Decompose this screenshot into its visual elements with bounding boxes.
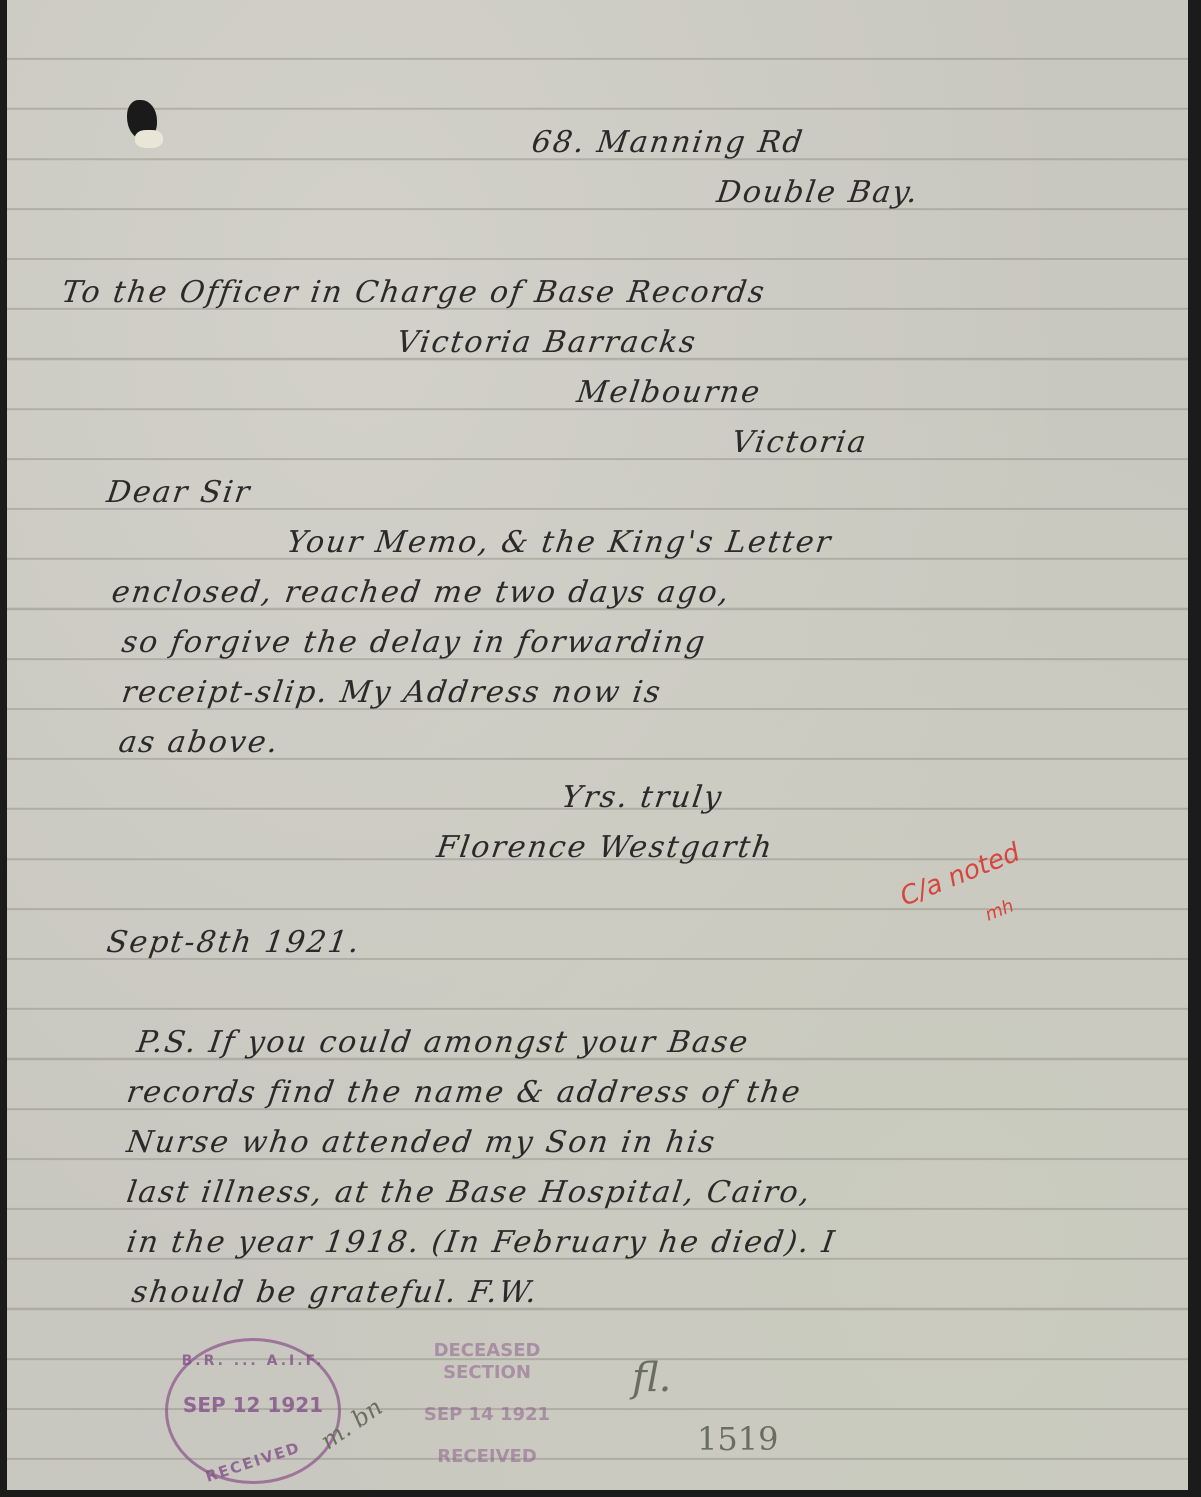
postscript-line: should be grateful. F.W. [130,1275,541,1310]
body-line: enclosed, reached me two days ago, [110,575,733,610]
stamp-line1: DECEASED [412,1340,562,1362]
stamp-date: SEP 14 1921 [412,1404,562,1426]
sender-address-line2: Double Bay. [715,175,922,210]
red-annotation-initials: mh [982,895,1017,925]
postscript-line: Nurse who attended my Son in his [125,1125,719,1160]
letter-date: Sept-8th 1921. [105,925,364,960]
salutation: Dear Sir [105,475,254,510]
pencil-folio-number: 1519 [697,1420,778,1458]
deceased-section-stamp: DECEASED SECTION SEP 14 1921 RECEIVED [412,1340,562,1480]
stamp-date: SEP 12 1921 [168,1393,338,1417]
stamp-top-text: B.R. ... A.I.F. [168,1353,338,1369]
stamp-line2: SECTION [412,1362,562,1384]
recipient-line3: Melbourne [575,375,764,410]
signature: Florence Westgarth [435,830,776,865]
closing: Yrs. truly [560,780,726,815]
stamp-bottom-text: RECEIVED [169,1427,336,1497]
postscript-line: P.S. If you could amongst your Base [135,1025,752,1060]
body-line: so forgive the delay in forwarding [120,625,709,660]
postscript-line: last illness, at the Base Hospital, Cair… [125,1175,814,1210]
body-line: as above. [117,725,282,760]
recipient-line1: To the Officer in Charge of Base Records [60,275,769,310]
paper-tear [135,130,163,148]
sender-address-line1: 68. Manning Rd [530,125,807,160]
postscript-line: records find the name & address of the [125,1075,805,1110]
body-line: Your Memo, & the King's Letter [285,525,835,560]
recipient-line2: Victoria Barracks [395,325,700,360]
received-stamp-circle: B.R. ... A.I.F. SEP 12 1921 RECEIVED [165,1338,341,1484]
postscript-line: in the year 1918. (In February he died).… [125,1225,839,1260]
stamp-bottom-text: RECEIVED [412,1446,562,1468]
pencil-file-mark: fl. [632,1355,671,1401]
recipient-line4: Victoria [730,425,870,460]
body-line: receipt-slip. My Address now is [120,675,665,710]
letter-page: 68. Manning Rd Double Bay. To the Office… [7,0,1188,1490]
